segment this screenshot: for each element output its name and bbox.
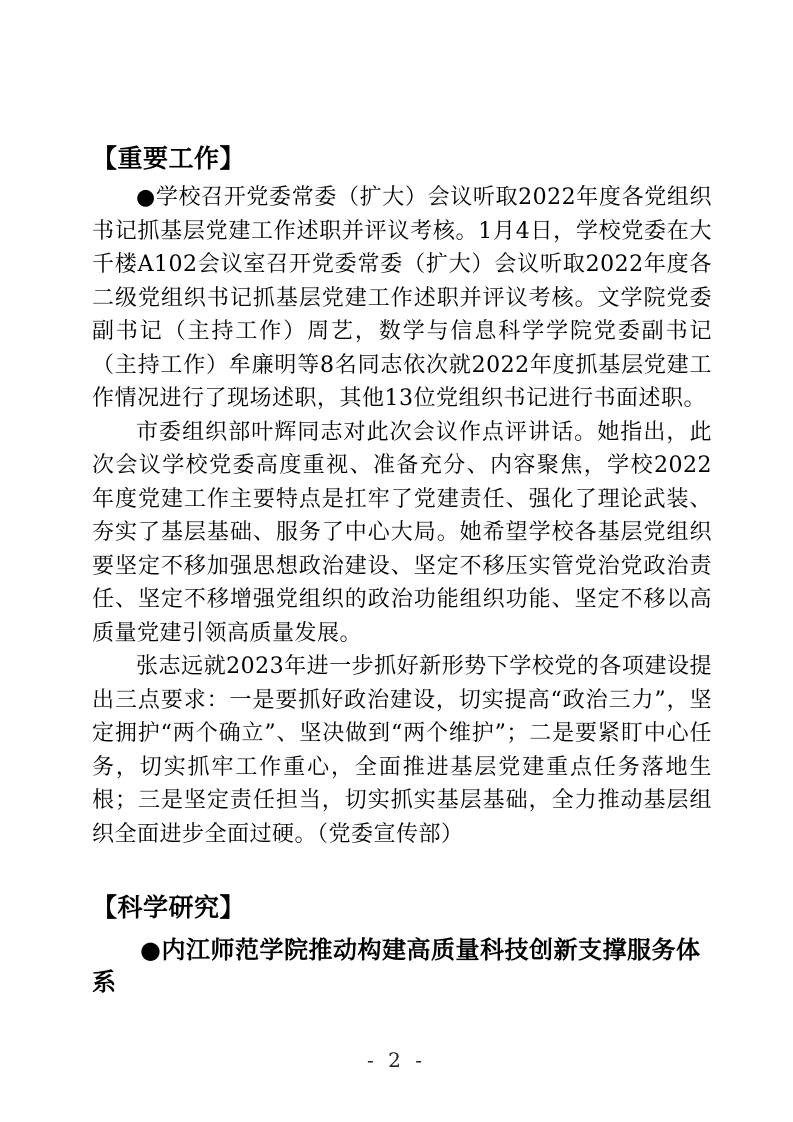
bullet-headline-science: ●内江师范学院推动构建高质量科技创新支撑服务体系 xyxy=(92,934,712,998)
section-heading-important-work: 【重要工作】 xyxy=(92,142,712,175)
paragraph-committee-review: 市委组织部叶辉同志对此次会议作点评讲话。她指出，此次会议学校党委高度重视、准备充… xyxy=(92,416,712,651)
page-number: - 2 - xyxy=(0,1048,793,1072)
document-page: 【重要工作】 ●学校召开党委常委（扩大）会议听取2022年度各党组织书记抓基层党… xyxy=(0,0,793,1122)
paragraph-three-requirements: 张志远就2023年进一步抓好新形势下学校党的各项建设提出三点要求：一是要抓好政治… xyxy=(92,650,712,851)
paragraph-party-meeting: ●学校召开党委常委（扩大）会议听取2022年度各党组织书记抓基层党建工作述职并评… xyxy=(92,181,712,416)
section-heading-scientific-research: 【科学研究】 xyxy=(92,891,712,924)
document-content: 【重要工作】 ●学校召开党委常委（扩大）会议听取2022年度各党组织书记抓基层党… xyxy=(92,142,712,998)
